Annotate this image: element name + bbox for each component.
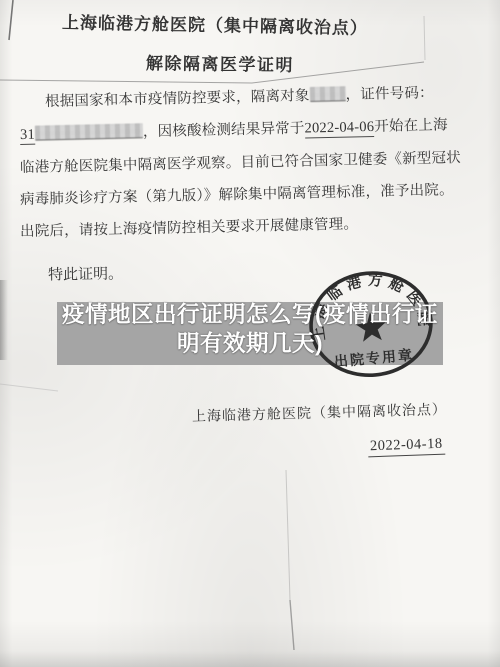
- certificate-title: 解除隔离医学证明: [120, 49, 320, 77]
- body-line-5: 出院后，请按上海疫情防控相关要求开展健康管理。: [20, 212, 358, 241]
- body-line-1: 根据国家和本市疫情防控要求，隔离对象，证件号码：: [45, 81, 434, 111]
- issuer-signature: 上海临港方舱医院（集中隔离收治点）: [192, 399, 447, 426]
- issue-date: 2022-04-18: [368, 436, 445, 458]
- id-prefix: 31: [20, 127, 35, 145]
- redacted-name: [309, 86, 345, 102]
- crease-bottom-dark: [290, 600, 294, 650]
- photo-left-edge-shadow: [0, 280, 8, 360]
- body-line-2: 31，因核酸检测结果异常于2022-04-06开始在上海: [20, 113, 448, 144]
- redacted-id-number: [35, 123, 143, 140]
- body-line-2-mid: ，因核酸检测结果异常于: [143, 121, 305, 141]
- certificate-photo: 上海临港方舱医院（集中隔离收治点） 解除隔离医学证明 根据国家和本市疫情防控要求…: [0, 0, 500, 667]
- photo-bottom-shadow: [0, 651, 500, 667]
- body-line-3: 临港方舱医院集中隔离医学观察。目前已符合国家卫健委《新型冠状: [20, 146, 461, 177]
- watermark-line-1: 疫情地区出行证明怎么写(疫情出行证: [62, 302, 438, 327]
- paper-edge-line: [9, 0, 13, 40]
- watermark-line-2: 明有效期几天): [177, 331, 323, 356]
- watermark-headline: 疫情地区出行证明怎么写(疫情出行证 明有效期几天): [57, 300, 443, 358]
- closing-statement: 特此证明。: [48, 262, 123, 284]
- crease-bottom-vertical: [286, 470, 290, 600]
- crease-right-vertical: [424, 16, 425, 60]
- quarantine-start-date: 2022-04-06: [304, 119, 374, 139]
- body-line-1-post: ，证件号码：: [345, 85, 434, 103]
- body-line-2-post: 开始在上海: [374, 117, 448, 135]
- body-line-1-pre: 根据国家和本市疫情防控要求，隔离对象: [45, 88, 310, 110]
- body-line-4: 病毒肺炎诊疗方案（第九版）》解除集中隔离管理标准，准予出院。: [20, 178, 454, 209]
- crease-left-diagonal: [0, 384, 58, 391]
- hospital-title: 上海临港方舱医院（集中隔离收治点）: [55, 8, 375, 39]
